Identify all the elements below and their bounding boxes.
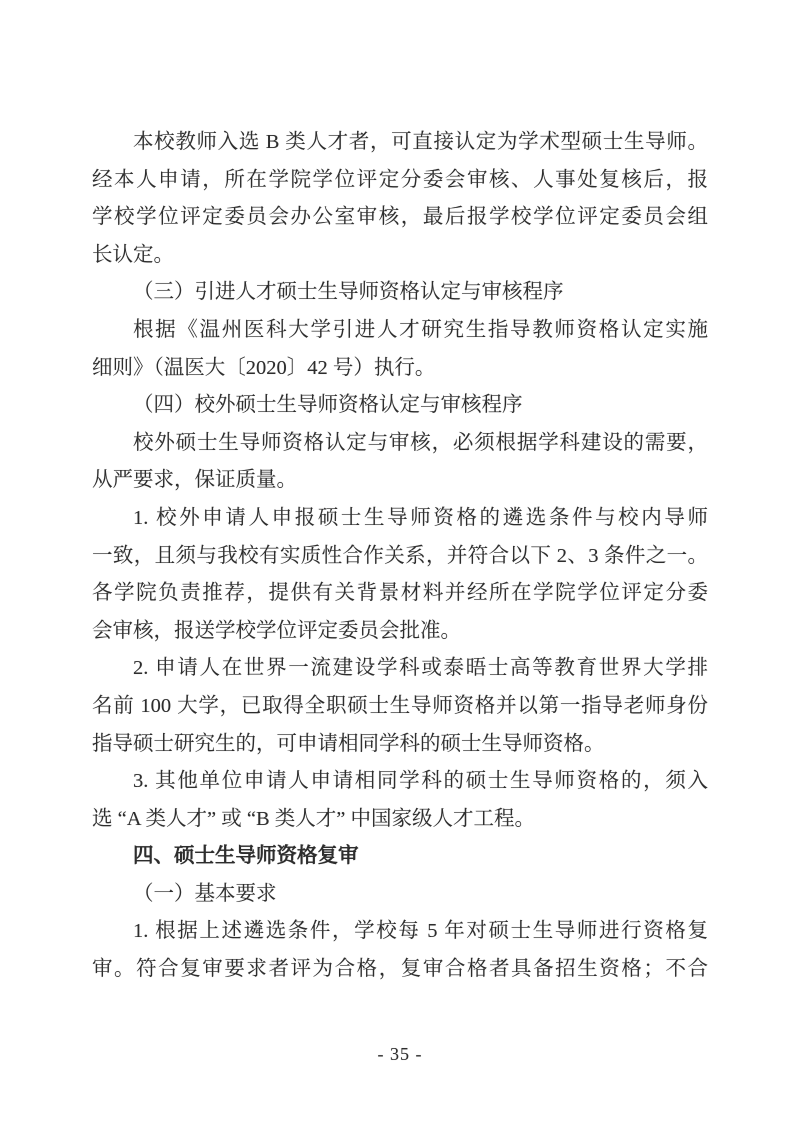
paragraph-line: 经本人申请，所在学院学位评定分委会审核、人事处复核后，报: [92, 162, 708, 200]
list-item-2-line: 2. 申请人在世界一流建设学科或泰晤士高等教育世界大学排: [92, 650, 708, 688]
list-item-1-line: 一致，且须与我校有实质性合作关系，并符合以下 2、3 条件之一。: [92, 538, 708, 576]
list-item-1-line: 1. 校外申请人申报硕士生导师资格的遴选条件与校内导师: [92, 500, 708, 538]
paragraph-line: 根据《温州医科大学引进人才研究生指导教师资格认定实施: [92, 312, 708, 350]
list-item-1-line: 会审核，报送学校学位评定委员会批准。: [92, 613, 708, 651]
subsection-heading-1: （一）基本要求: [92, 876, 708, 914]
list-item-2-line: 指导硕士研究生的，可申请相同学科的硕士生导师资格。: [92, 726, 708, 764]
paragraph-line: 学校学位评定委员会办公室审核，最后报学校学位评定委员会组: [92, 199, 708, 237]
paragraph-line: 本校教师入选 B 类人才者，可直接认定为学术型硕士生导师。: [92, 124, 708, 162]
list-item-3-line: 选 “A 类人才” 或 “B 类人才” 中国家级人才工程。: [92, 801, 708, 839]
list-item-3-line: 3. 其他单位申请人申请相同学科的硕士生导师资格的，须入: [92, 763, 708, 801]
section-heading-4: 四、硕士生导师资格复审: [92, 838, 708, 876]
paragraph-line: 从严要求，保证质量。: [92, 462, 708, 500]
paragraph-line: 1. 根据上述遴选条件，学校每 5 年对硕士生导师进行资格复: [92, 913, 708, 951]
text-block: 本校教师入选 B 类人才者，可直接认定为学术型硕士生导师。 经本人申请，所在学院…: [92, 124, 708, 989]
document-page: 本校教师入选 B 类人才者，可直接认定为学术型硕士生导师。 经本人申请，所在学院…: [0, 0, 800, 1131]
paragraph-line: 细则》（温医大〔2020〕42 号）执行。: [92, 350, 708, 388]
subsection-heading-3: （三）引进人才硕士生导师资格认定与审核程序: [92, 274, 708, 312]
list-item-1-line: 各学院负责推荐，提供有关背景材料并经所在学院学位评定分委: [92, 575, 708, 613]
list-item-2-line: 名前 100 大学，已取得全职硕士生导师资格并以第一指导老师身份: [92, 688, 708, 726]
paragraph-line: 审。符合复审要求者评为合格，复审合格者具备招生资格；不合: [92, 951, 708, 989]
paragraph-line: 校外硕士生导师资格认定与审核，必须根据学科建设的需要，: [92, 425, 708, 463]
paragraph-line: 长认定。: [92, 237, 708, 275]
subsection-heading-4: （四）校外硕士生导师资格认定与审核程序: [92, 387, 708, 425]
page-number: - 35 -: [0, 1044, 800, 1068]
